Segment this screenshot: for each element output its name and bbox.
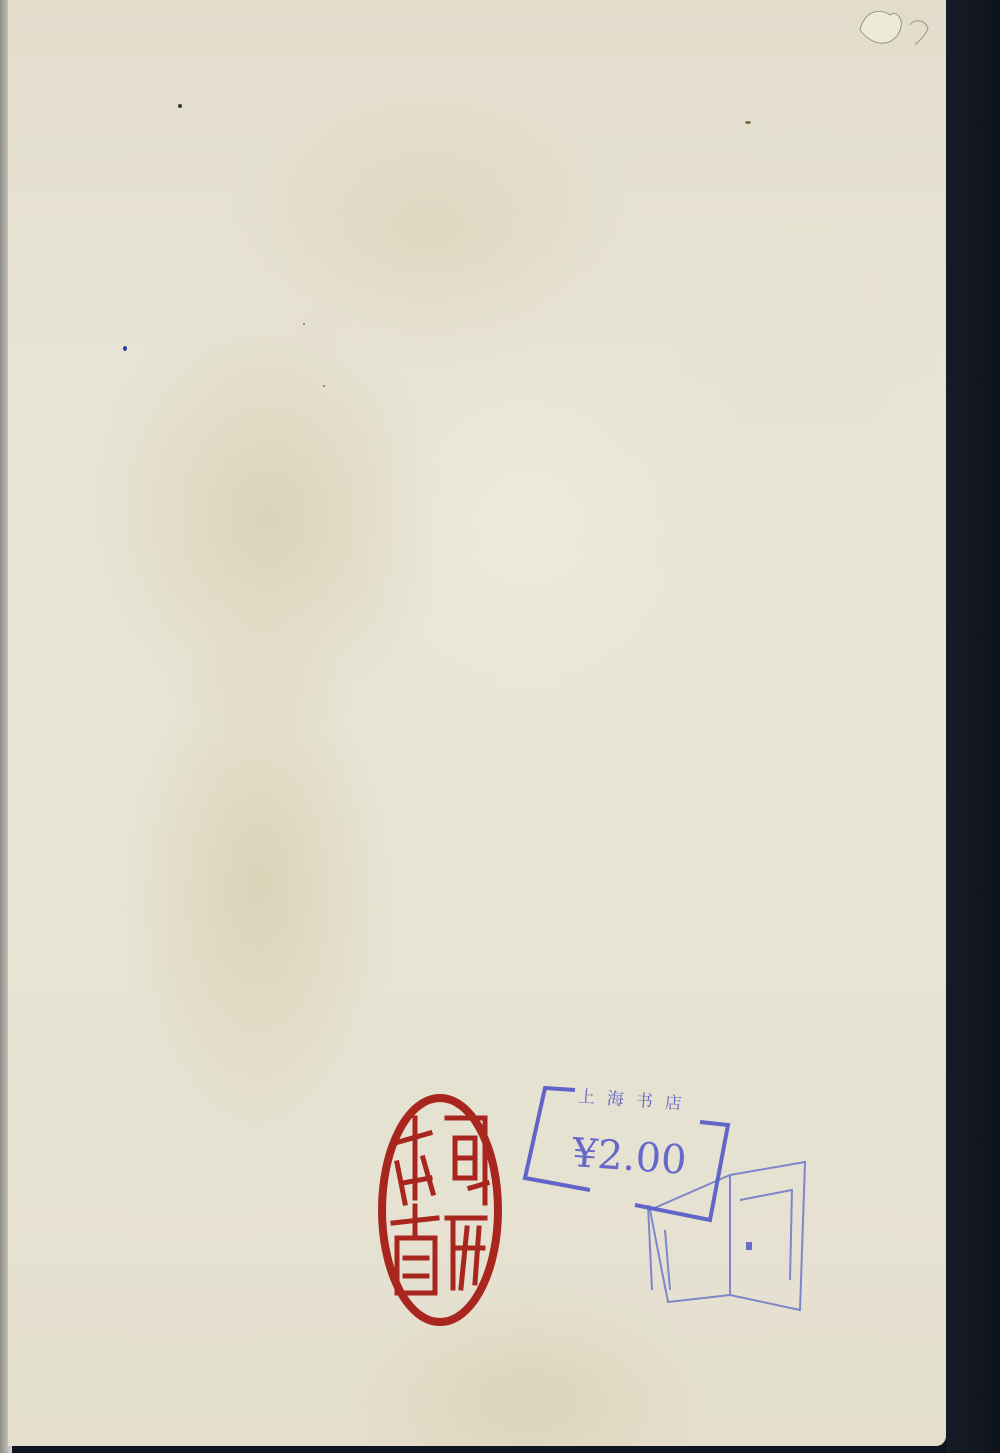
price-stamp-icon [520,1080,820,1320]
ink-speck [303,323,305,325]
ink-speck [745,121,751,124]
price-value: ¥2.00 [571,1130,688,1184]
ink-speck [123,346,127,351]
dark-background [946,0,1000,1453]
red-seal-icon [375,1088,505,1328]
water-stain [850,0,940,60]
ink-speck [178,104,182,108]
ink-speck [323,385,325,387]
